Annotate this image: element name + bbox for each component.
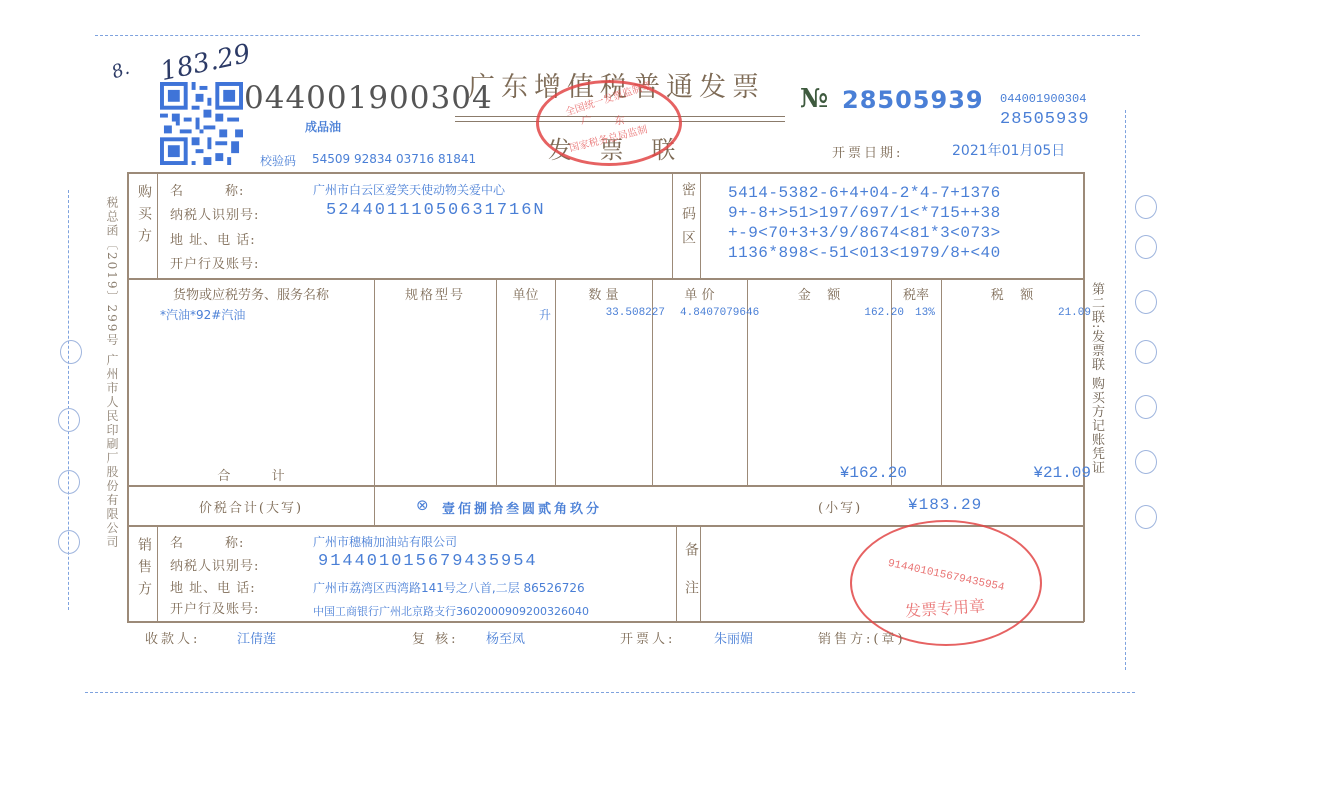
seller-tax-id: 914401015679435954 [318, 552, 538, 571]
header-item-name: 货物或应税劳务、服务名称 [128, 284, 374, 303]
item-quantity: 33.508227 [555, 307, 665, 319]
seller-address: 广州市荔湾区西湾路141号之八首,二层 86526726 [313, 579, 585, 596]
header-unit-price: 单 价 [652, 284, 747, 303]
reviewer-label: 复 核: [412, 628, 459, 647]
item-tax-rate: 13% [915, 307, 935, 319]
grand-total-label: 价税合计(大写) [128, 497, 374, 516]
buyer-address-label: 地 址、电 话: [170, 229, 256, 248]
grand-total-value: ¥183.29 [908, 496, 982, 514]
feed-hole [1135, 395, 1157, 419]
feed-hole [1135, 505, 1157, 529]
reviewer-name: 杨至凤 [486, 628, 525, 647]
header-unit: 单位 [496, 284, 555, 303]
issuer-label: 开票人: [620, 628, 675, 647]
feed-hole [58, 470, 80, 494]
invoice-date: 2021年01月05日 [952, 140, 1065, 160]
invoice-number: 28505939 [842, 86, 984, 114]
payee-name: 江倩莲 [237, 628, 276, 647]
issuer-name: 朱丽媚 [714, 628, 753, 647]
invoice-code-large: 044001900304 [244, 80, 493, 116]
seller-address-label: 地 址、电 话: [170, 577, 256, 596]
seller-name: 广州市穗楠加油站有限公司 [313, 533, 457, 550]
buyer-name-label: 名 称: [170, 180, 244, 199]
header-tax-rate: 税率 [891, 284, 941, 303]
seller-name-label: 名 称: [170, 532, 244, 551]
buyer-section-label: 购买方 [134, 184, 154, 250]
cipher-line: 9+-8+>51>197/697/1<*715++38 [728, 203, 1001, 223]
cipher-line: 5414-5382-6+4+04-2*4-7+1376 [728, 183, 1001, 203]
cipher-section-label: 密码区 [678, 182, 698, 254]
feed-hole [60, 340, 82, 364]
printed-invoice-number: 28505939 [1000, 110, 1090, 129]
item-amount: 162.20 [747, 307, 904, 319]
cipher-text: 5414-5382-6+4+04-2*4-7+1376 9+-8+>51>197… [728, 183, 1001, 263]
item-tax: 21.09 [941, 307, 1091, 319]
seller-seal-label: 销售方:(章) [818, 628, 906, 647]
printed-invoice-code: 044001900304 [1000, 92, 1086, 106]
header-spec: 规格型号 [374, 284, 496, 303]
total-label: 合 计 [128, 465, 374, 484]
printer-note: 税总函〔2019〕299号 广州市人民印刷厂股份有限公司 [104, 196, 121, 549]
grand-total-small-label: (小写) [818, 497, 862, 516]
buyer-tax-id: 52440111050631716N [326, 201, 546, 220]
total-tax: ¥21.09 [941, 464, 1091, 482]
feed-hole [58, 408, 80, 432]
seller-bank: 中国工商银行广州北京路支行3602000909200326040 [313, 603, 589, 619]
feed-hole [1135, 450, 1157, 474]
item-name: *汽油*92#汽油 [160, 306, 245, 323]
handwritten-amount: 183.29 [158, 39, 253, 87]
feed-hole [1135, 195, 1157, 219]
cipher-line: +-9<70+3+3/9/8674<81*3<073> [728, 223, 1001, 243]
perforation-right [1125, 110, 1126, 670]
feed-hole [58, 530, 80, 554]
check-code-label: 校验码 [260, 152, 296, 169]
buyer-tax-id-label: 纳税人识别号: [170, 204, 259, 223]
perforation-bottom [85, 692, 1135, 693]
feed-hole [1135, 290, 1157, 314]
header-amount: 金 额 [747, 284, 891, 303]
buyer-bank-label: 开户行及账号: [170, 253, 259, 272]
perforation-top [95, 35, 1140, 36]
header-quantity: 数 量 [555, 284, 652, 303]
remarks-label: 备注 [681, 542, 701, 618]
number-prefix: № [800, 84, 828, 114]
check-code: 54509 92834 03716 81841 [312, 152, 476, 166]
qr-code [160, 82, 243, 165]
buyer-name: 广州市白云区爱笑天使动物关爱中心 [313, 181, 505, 198]
feed-hole [1135, 340, 1157, 364]
payee-label: 收款人: [145, 628, 200, 647]
seller-tax-id-label: 纳税人识别号: [170, 555, 259, 574]
grand-total-words: 壹佰捌拾叁圆贰角玖分 [442, 498, 602, 517]
date-label: 开票日期: [832, 142, 903, 161]
item-unit: 升 [496, 306, 551, 323]
seller-section-label: 销售方 [134, 537, 154, 603]
handwritten-mark: 8. [109, 58, 132, 84]
total-amount: ¥162.20 [747, 464, 907, 482]
copy-designation: 第二联:发票联 购买方记账凭证 [1087, 282, 1106, 475]
seller-bank-label: 开户行及账号: [170, 598, 259, 617]
header-tax: 税 额 [941, 284, 1083, 303]
cross-circle-icon: ⊗ [416, 496, 429, 514]
feed-hole [1135, 235, 1157, 259]
cipher-line: 1136*898<-51<013<1979/8+<40 [728, 243, 1001, 263]
invoice-category: 成品油 [305, 118, 341, 135]
